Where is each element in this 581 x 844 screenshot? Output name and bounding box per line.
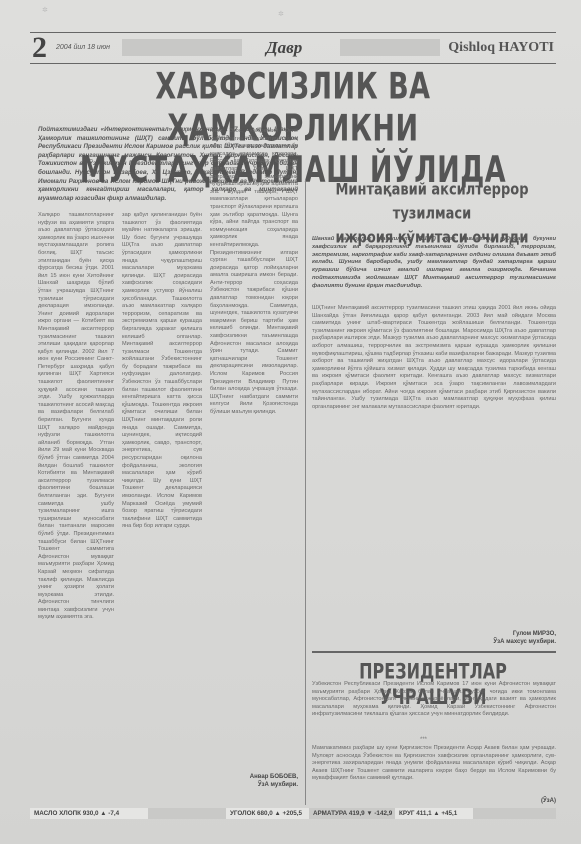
sidebar-article-1-body: ШҲТнинг Минтақавий аксилтеррор тузилмаси… <box>312 305 556 625</box>
issue-date: 2004 йил 18 июн <box>56 44 110 51</box>
ticker-item-round-bar: КРУГ 411,1 ▲ +45,1 <box>395 808 473 819</box>
masthead-shade-left <box>122 39 242 56</box>
article-separator: *** <box>420 737 427 743</box>
byline-name: Гулом МИРЗО, <box>440 630 556 638</box>
ticker-item-blank <box>473 808 556 819</box>
paper-name: Qishloq HAYOTI <box>448 40 554 56</box>
sidebar-article-1-lead: Шанхай ҳамкорлик ташкилоти (ШҲТ) аъзо да… <box>312 236 556 291</box>
byline-role: ЎзА мухбири. <box>230 781 298 789</box>
ticker-item-angle: УГОЛОК 680,0 ▲ +205,5 <box>226 808 309 819</box>
scan-speck: ✲ <box>278 10 284 18</box>
byline-name: Анвар БОБОЕВ, <box>230 773 298 781</box>
newspaper-page: ✲ ✲ 2 2004 йил 18 июн Давр Qishloq HAYOT… <box>0 0 581 844</box>
main-article-byline: Анвар БОБОЕВ, ЎзА мухбири. <box>230 773 298 789</box>
byline-role: ЎзА махсус мухбири. <box>440 638 556 646</box>
horizontal-rule <box>312 651 556 653</box>
main-article-column-2: зар қабул қилинганидан буён ташкилот ўз … <box>122 212 202 786</box>
sidebar-article-2-body: Ўзбекистон Республикаси Президенти Ислом… <box>312 681 556 735</box>
news-source: (ЎзА) <box>500 797 556 805</box>
section-title: Давр <box>266 38 302 58</box>
sidebar-article-1-byline: Гулом МИРЗО, ЎзА махсус мухбири. <box>440 630 556 646</box>
ticker-item-cotton-oil: МАСЛО ХЛОПК 930,0 ▲ -7,4 <box>30 808 148 819</box>
column-divider <box>305 180 306 805</box>
main-article-column-3: яили Экос, «Марказий Осиё ҳамкорлиги» та… <box>210 128 298 768</box>
price-ticker: МАСЛО ХЛОПК 930,0 ▲ -7,4 УГОЛОК 680,0 ▲ … <box>30 808 556 819</box>
masthead-shade-right <box>340 39 440 56</box>
masthead: 2 2004 йил 18 июн Давр Qishloq HAYOTI <box>30 32 556 64</box>
title-line-1: Минтақавий аксилтеррор тузилмаси <box>312 179 552 227</box>
page-number: 2 <box>32 31 47 65</box>
main-article-column-1: Халқаро ташкилотларнинг нуфузи ва аҳамия… <box>38 212 114 786</box>
ticker-item-blank <box>148 808 226 819</box>
ticker-item-rebar: АРМАТУРА 419,9 ▼ -142,9 <box>309 808 395 819</box>
sidebar-article-2-body-2: Мамлакатимиз раҳбари шу куни Қирғизистон… <box>312 745 556 795</box>
scan-speck: ✲ <box>42 6 48 14</box>
